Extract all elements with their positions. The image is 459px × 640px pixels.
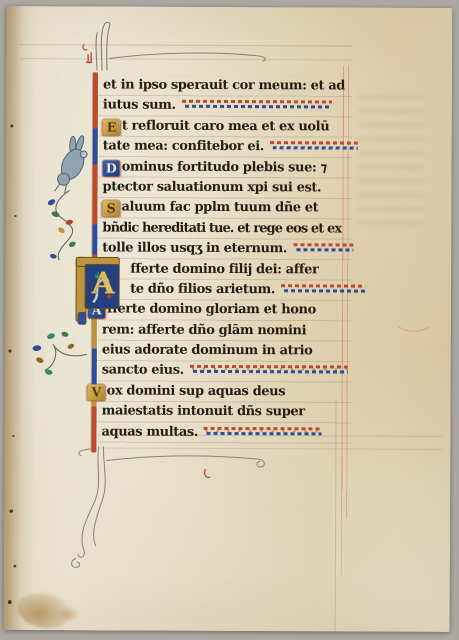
faint-red-flourish (393, 304, 435, 332)
illuminated-initial: E (103, 119, 120, 135)
illuminated-initial: S (102, 201, 119, 217)
show-through-text-ghost (357, 96, 424, 236)
text-line: Afferte domino gloriam et hono (102, 300, 354, 321)
text-line: et in ipso sperauit cor meum: et ad (103, 75, 355, 96)
text-line: fferte domino filij dei: affer (102, 259, 354, 280)
darkened-left-edge (4, 6, 25, 630)
text-line: tate mea: confitebor ei. (103, 137, 355, 158)
line-filler-icon (182, 100, 332, 109)
text-line: ptector saluationum xpi sui est. (103, 177, 355, 198)
line-filler-icon (281, 284, 365, 292)
text-line: tolle illos usqʒ in eternum. (102, 239, 354, 260)
text-line: sancto eius. (102, 361, 354, 382)
text-line: eius adorate dominum in atrio (102, 341, 354, 362)
text-line: Saluum fac pplm tuum dñe et (102, 198, 354, 219)
text-line: bñdic hereditati tue. et rege eos et ex (102, 218, 354, 239)
initial-letter: A (87, 262, 119, 306)
vertical-ruling-extension (341, 517, 342, 577)
psalm-text-block: et in ipso sperauit cor meum: et ad iutu… (101, 75, 355, 443)
parchment-leaf: et in ipso sperauit cor meum: et ad iutu… (4, 6, 453, 632)
text-line: maiestatis intonuit dñs super (102, 402, 354, 423)
stain-blob-small (58, 606, 80, 622)
hare-drollery-icon (39, 132, 112, 270)
line-filler-icon (204, 427, 322, 436)
pen-flourish-bottom-icon (62, 442, 303, 583)
line-filler-icon (190, 365, 348, 374)
manuscript-photo: et in ipso sperauit cor meum: et ad iutu… (0, 0, 459, 640)
illuminated-initial-A-large: A (75, 256, 121, 326)
text-line: Dominus fortitudo plebis sue: ⁊ (103, 157, 355, 178)
vine-sprig-icon (25, 324, 91, 386)
line-filler-icon (293, 243, 353, 251)
text-line: Et refloruit caro mea et ex uolū (103, 116, 355, 137)
line-filler-icon (270, 141, 358, 149)
text-line: aquas multas. (101, 422, 353, 443)
text-line: rem: afferte dño glām nomini (102, 320, 354, 341)
pen-flourish-top-icon (64, 18, 294, 77)
text-line: Vox domini sup aquas deus (102, 381, 354, 402)
illuminated-initial: D (103, 160, 120, 176)
illuminated-initial: V (88, 384, 105, 400)
text-line: iutus sum. (103, 96, 355, 117)
text-line: te dño filios arietum. (102, 279, 354, 300)
